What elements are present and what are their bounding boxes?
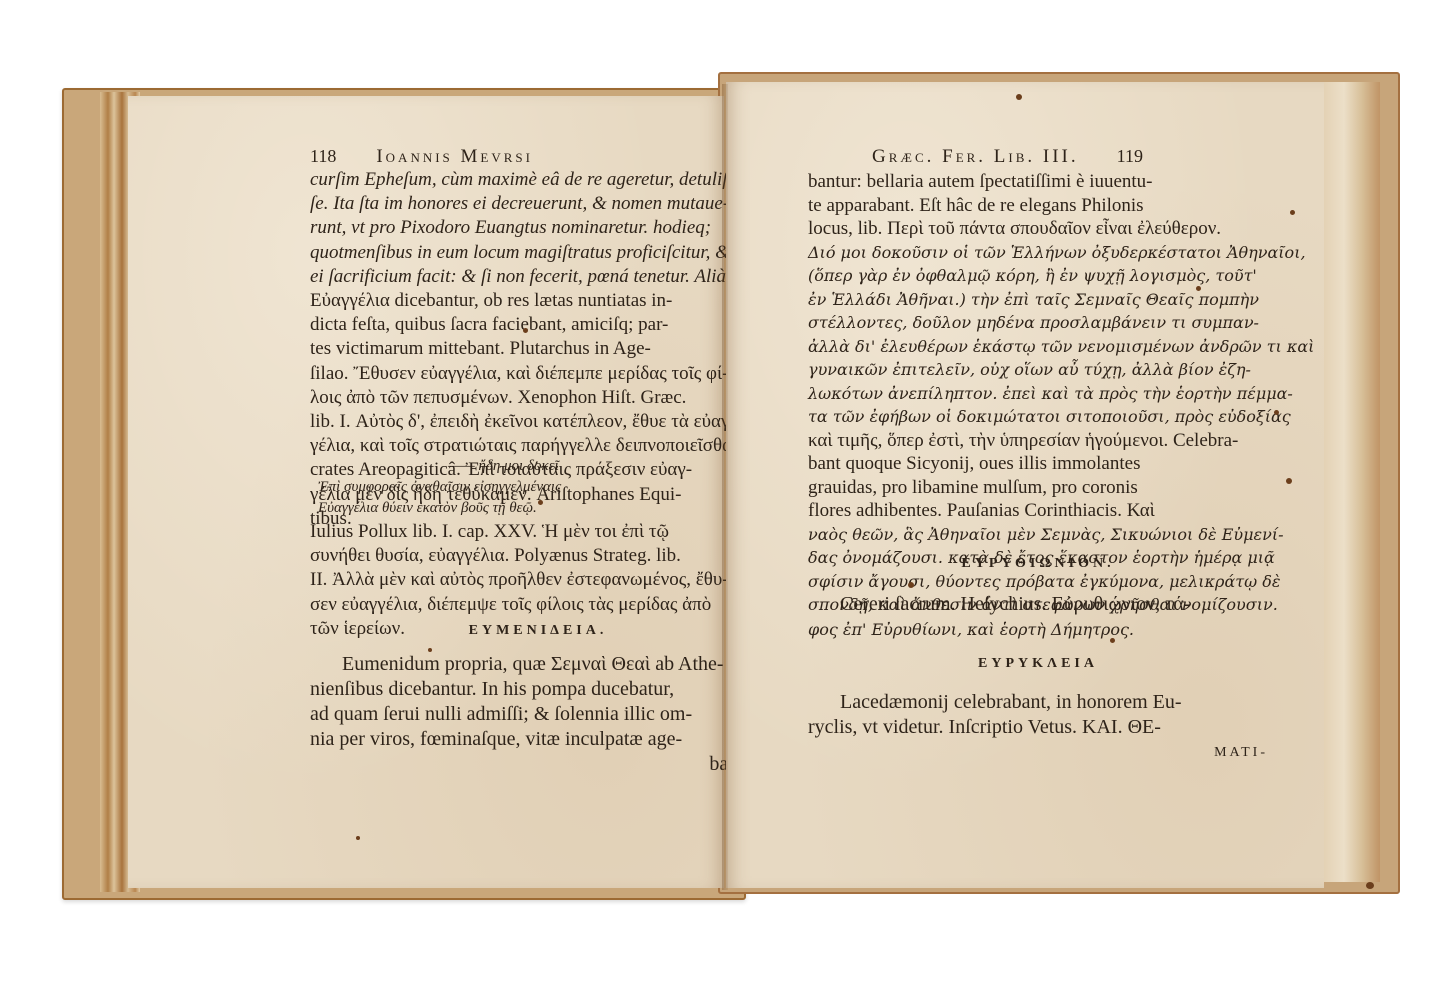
text-line: Εὐαγγέλια dicebantur, ob res lætas nunti… (310, 289, 660, 313)
left-page-italic-text: curſim Epheſum, cùm maximè eâ de re ager… (310, 168, 660, 289)
book-gutter (722, 84, 728, 890)
text-line: Eumenidum propria, quæ Σεμναὶ Θεαὶ ab At… (310, 652, 766, 677)
text-line: στέλλοντες, δοῦλον μηδένα προσλαμβάνειν … (808, 311, 1314, 335)
text-line: runt, vt pro Pixodoro Euangtus nominaret… (310, 216, 660, 240)
eurykleia-text: Lacedæmonij celebrabant, in honorem Eu- … (808, 690, 1268, 765)
running-head: Græc. Fer. Lib. III. (872, 146, 1079, 168)
right-page-header: Græc. Fer. Lib. III. 119 (872, 146, 1143, 168)
foxing-spot (428, 648, 432, 652)
verse-line: —— ἤδη μοι δοκεῖ (318, 456, 561, 477)
text-line: bantur: (310, 752, 766, 777)
text-line: Cereri ſacrum. Heſychius. Εὐρυθιώνιον, τ… (808, 592, 1190, 617)
foxing-spot (356, 836, 360, 840)
text-line: quotmenſibus in eum locum magiſtratus pr… (310, 241, 660, 265)
text-line: Iulius Pollux lib. I. cap. XXV. Ἡ μὲν το… (310, 520, 729, 544)
section-heading-eurythionion: ΕΥΡΥΘΙΩΝΙΟΝ. (808, 556, 1268, 572)
left-page: 118 Ioannis Mevrsi curſim Epheſum, cùm m… (128, 96, 724, 888)
text-line: Lacedæmonij celebrabant, in honorem Eu- (808, 690, 1268, 715)
foxing-spot (523, 328, 528, 333)
left-page-header: 118 Ioannis Mevrsi (310, 146, 533, 168)
text-line: ΜΑΤΙ- (808, 740, 1268, 765)
section-heading-eumenideia: ΕΥΜΕΝΙΔΕΙΑ. (310, 623, 766, 639)
right-page-edges (1320, 82, 1380, 882)
text-line: bantur: bellaria autem ſpectatiſſimi è i… (808, 170, 1314, 194)
verse-line: Εὐαγγέλια θύειν ἑκατὸν βοῦς τῇ θεῷ. (318, 498, 561, 519)
foxing-spot (1274, 410, 1279, 415)
eurythionion-text: Cereri ſacrum. Heſychius. Εὐρυθιώνιον, τ… (808, 592, 1190, 642)
eumenideia-text: Eumenidum propria, quæ Σεμναὶ Θεαὶ ab At… (310, 652, 766, 777)
text-line: Διό μοι δοκοῦσιν οἱ τῶν Ἑλλήνων ὀξυδερκέ… (808, 241, 1314, 265)
text-line: ſe. Ita ſta im honores ei decreuerunt, &… (310, 192, 660, 216)
text-line: flores adhibentes. Pauſanias Corinthiaci… (808, 499, 1314, 523)
text-line: λοις ἀπὸ τῶν πεπυσμένων. Xenophon Hiſt. … (310, 386, 660, 410)
text-line: ἀλλὰ δι' ἐλευθέρων ἑκάστῳ τῶν νενομισμέν… (808, 335, 1314, 359)
text-line: τα τῶν ἐφήβων οἱ δοκιμώτατοι σιτοποιοῦσι… (808, 405, 1314, 429)
foxing-spot (1016, 94, 1022, 100)
text-line: γυναικῶν ἐπιτελεῖν, οὐχ οἵων αὖ τύχῃ, ἀλ… (808, 358, 1314, 382)
text-line: nienſibus dicebantur. In his pompa duceb… (310, 677, 766, 702)
text-line: nia per viros, fœminaſque, vitæ inculpat… (310, 727, 766, 752)
running-head: Ioannis Mevrsi (376, 146, 533, 168)
text-line: II. Ἀλλὰ μὲν καὶ αὐτὸς προῆλθεν ἐστεφανω… (310, 568, 729, 592)
foxing-spot (538, 500, 543, 505)
text-line: λωκότων ἀνεπίληπτον. ἐπεὶ καὶ τὰ πρὸς τὴ… (808, 382, 1314, 406)
text-line: bant quoque Sicyonij, oues illis immolan… (808, 452, 1314, 476)
text-line: locus, lib. Περὶ τοῦ πάντα σπουδαῖον εἶν… (808, 217, 1314, 241)
text-line: grauidas, pro libamine mulſum, pro coron… (808, 476, 1314, 500)
open-book: 118 Ioannis Mevrsi curſim Epheſum, cùm m… (0, 0, 1446, 1000)
text-line: ryclis, vt videtur. Inſcriptio Vetus. ΚΑ… (808, 715, 1268, 740)
text-line: ναὸς θεῶν, ἃς Ἀθηναῖοι μὲν Σεμνὰς, Σικυώ… (808, 523, 1314, 547)
right-page-text: bantur: bellaria autem ſpectatiſſimi è i… (808, 170, 1314, 617)
text-line: ἐν Ἑλλάδι Ἀθῆναι.) τὴν ἐπὶ ταῖς Σεμναῖς … (808, 288, 1314, 312)
text-line: dicta feſta, quibus ſacra faciebant, ami… (310, 313, 660, 337)
text-line: te apparabant. Eſt hâc de re elegans Phi… (808, 194, 1314, 218)
foxing-spot (1196, 286, 1201, 291)
text-line: (ὅπερ γὰρ ἐν ὀφθαλμῷ κόρη, ἢ ἐν ψυχῇ λογ… (808, 264, 1314, 288)
page-number: 119 (1117, 146, 1143, 167)
text-line: σφίσιν ἄγουσι, θύοντες πρόβατα ἐγκύμονα,… (808, 570, 1314, 594)
text-line: καὶ τιμῆς, ὅπερ ἐστὶ, τὴν ὑπηρεσίαν ἡγού… (808, 429, 1314, 453)
text-line: lib. I. Αὐτὸς δ', ἐπειδὴ ἐκεῖνοι κατέπλε… (310, 410, 660, 434)
text-line: ad quam ſerui nulli admiſſi; & ſolennia … (310, 702, 766, 727)
text-line: φος ἐπ' Εὐρυθίωνι, καὶ ἑορτὴ Δήμητρος. (808, 617, 1190, 642)
page-number: 118 (310, 146, 336, 167)
text-line: σεν εὐαγγέλια, διέπεμψε τοῖς φίλοις τὰς … (310, 593, 729, 617)
right-page: Græc. Fer. Lib. III. 119 bantur: bellari… (726, 82, 1324, 888)
text-line: γέλια, καὶ τοῖς στρατιώταις παρήγγελλε δ… (310, 434, 660, 458)
text-line: συνήθει θυσία, εὐαγγέλια. Polyænus Strat… (310, 544, 729, 568)
text-line: curſim Epheſum, cùm maximè eâ de re ager… (310, 168, 660, 192)
foxing-spot (908, 582, 914, 588)
text-line: ſilao. Ἔθυσεν εὐαγγέλια, καὶ διέπεμπε με… (310, 362, 660, 386)
verse-line: Ἐπὶ συμφοραῖς ἀγαθαῖσιν εἰσηγγελμέναις (318, 477, 561, 498)
verse-quotation: —— ἤδη μοι δοκεῖ Ἐπὶ συμφοραῖς ἀγαθαῖσιν… (318, 456, 561, 519)
section-heading-eurykleia: ΕΥΡΥΚΛΕΙΑ (808, 656, 1268, 672)
foxing-spot (1366, 882, 1374, 889)
foxing-spot (1286, 478, 1292, 484)
foxing-spot (1290, 210, 1295, 215)
text-line: tes victimarum mittebant. Plutarchus in … (310, 337, 660, 361)
foxing-spot (1110, 638, 1115, 643)
text-line: ei ſacrificium facit: & ſi non fecerit, … (310, 265, 660, 289)
